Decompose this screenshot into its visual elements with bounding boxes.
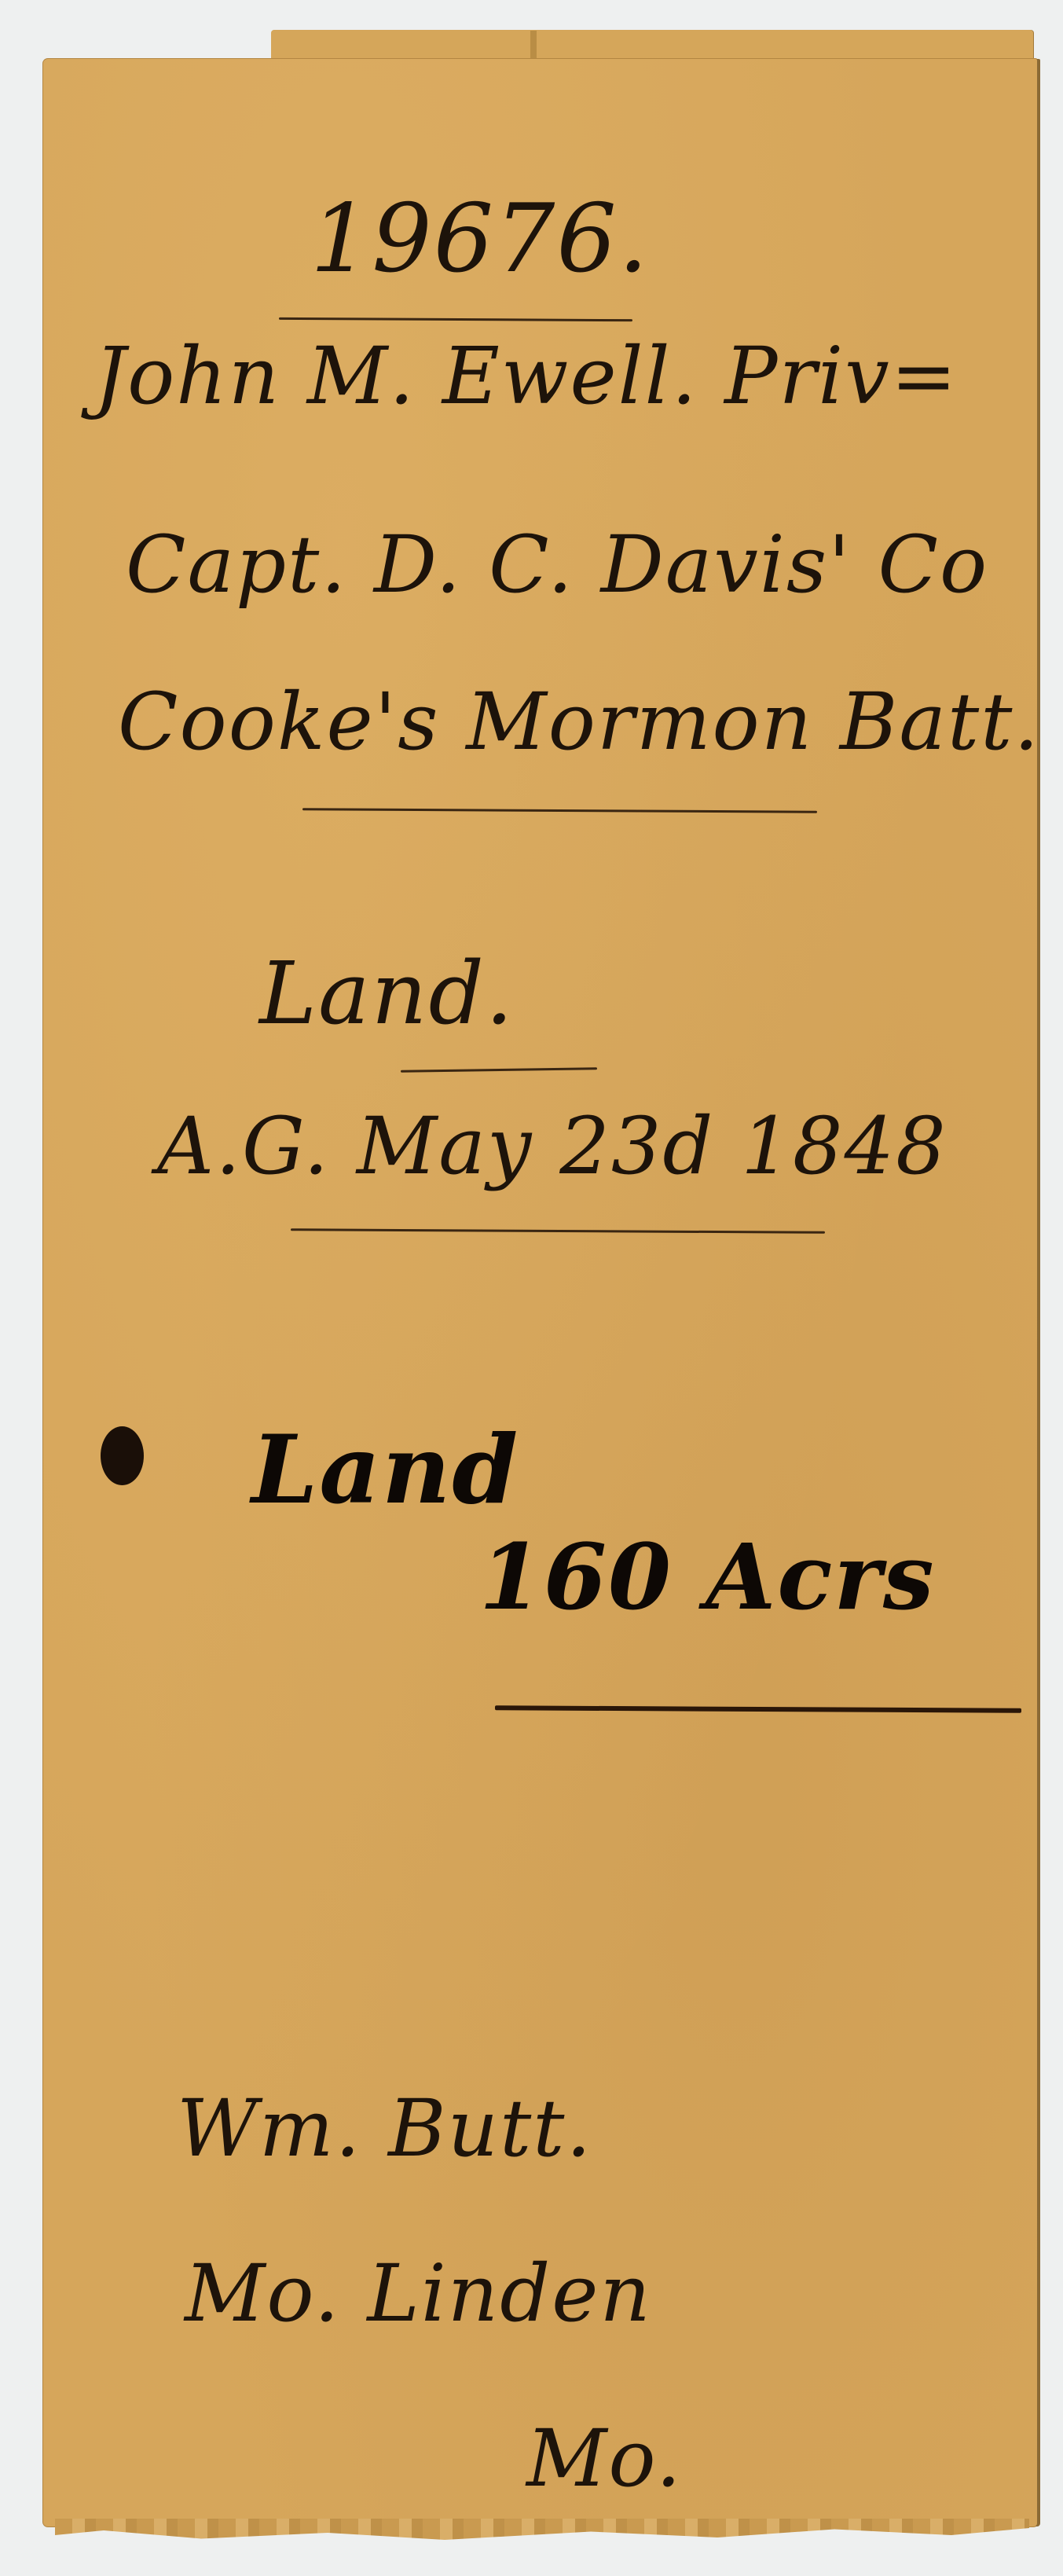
torn-bottom-edge [55,2519,1029,2542]
subject-line: Land. [259,943,515,1044]
battalion-line: Cooke's Mormon Batt. [118,676,1040,768]
ink-blot [101,1426,144,1485]
agent-name: Wm. Butt. [177,2082,592,2174]
endorsement-acres: 160 Acrs [479,1525,936,1631]
agent-place: Mo. Linden [185,2248,652,2339]
date-line: A.G. May 23d 1848 [157,1100,948,1192]
company-line: Capt. D. C. Davis' Co [126,519,988,611]
endorsement-land: Land [251,1415,519,1525]
agent-state: Mo. [526,2413,683,2504]
name-line: John M. Ewell. Priv= [94,330,959,422]
file-number: 19676. [310,185,650,294]
